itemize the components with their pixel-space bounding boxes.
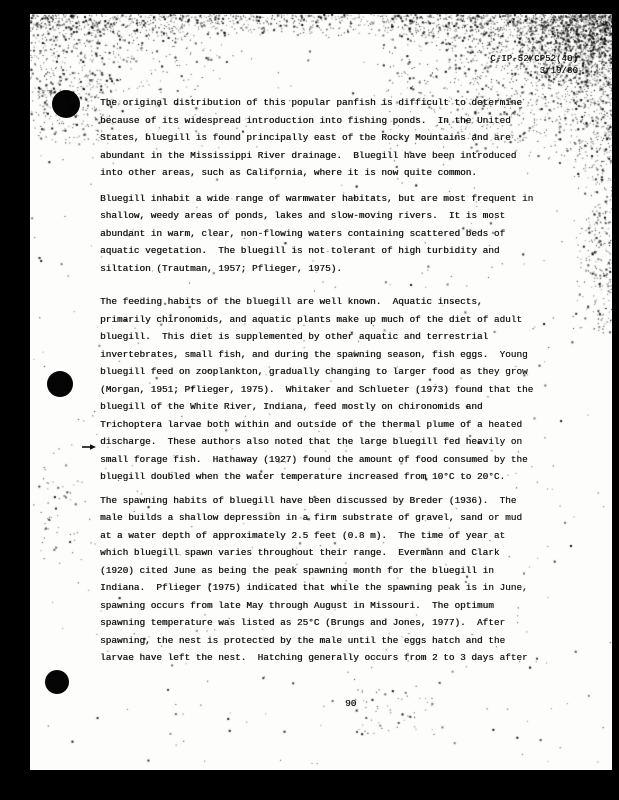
document-page: C-IP-52/CP52(40) 3/19/80 The original di… xyxy=(30,14,612,770)
document-header: C-IP-52/CP52(40) 3/19/80 xyxy=(490,54,578,77)
punch-hole-bottom xyxy=(45,670,69,694)
page-number: 90 xyxy=(345,698,356,709)
punch-hole-top xyxy=(52,90,80,118)
photocopy-scan: C-IP-52/CP52(40) 3/19/80 The original di… xyxy=(0,0,619,800)
punch-hole-middle xyxy=(47,371,73,397)
document-code: C-IP-52/CP52(40) xyxy=(490,54,578,66)
paragraph-distribution: The original distribution of this popula… xyxy=(100,94,542,182)
document-date: 3/19/80 xyxy=(490,66,578,78)
paragraph-feeding: The feeding habits of the bluegill are w… xyxy=(100,293,542,486)
paragraph-habitat: Bluegill inhabit a wide range of warmwat… xyxy=(100,190,542,278)
paragraph-spawning: The spawning habits of bluegill have bee… xyxy=(100,492,542,667)
document-body: The original distribution of this popula… xyxy=(100,94,542,667)
margin-arrow-mark xyxy=(82,443,96,451)
